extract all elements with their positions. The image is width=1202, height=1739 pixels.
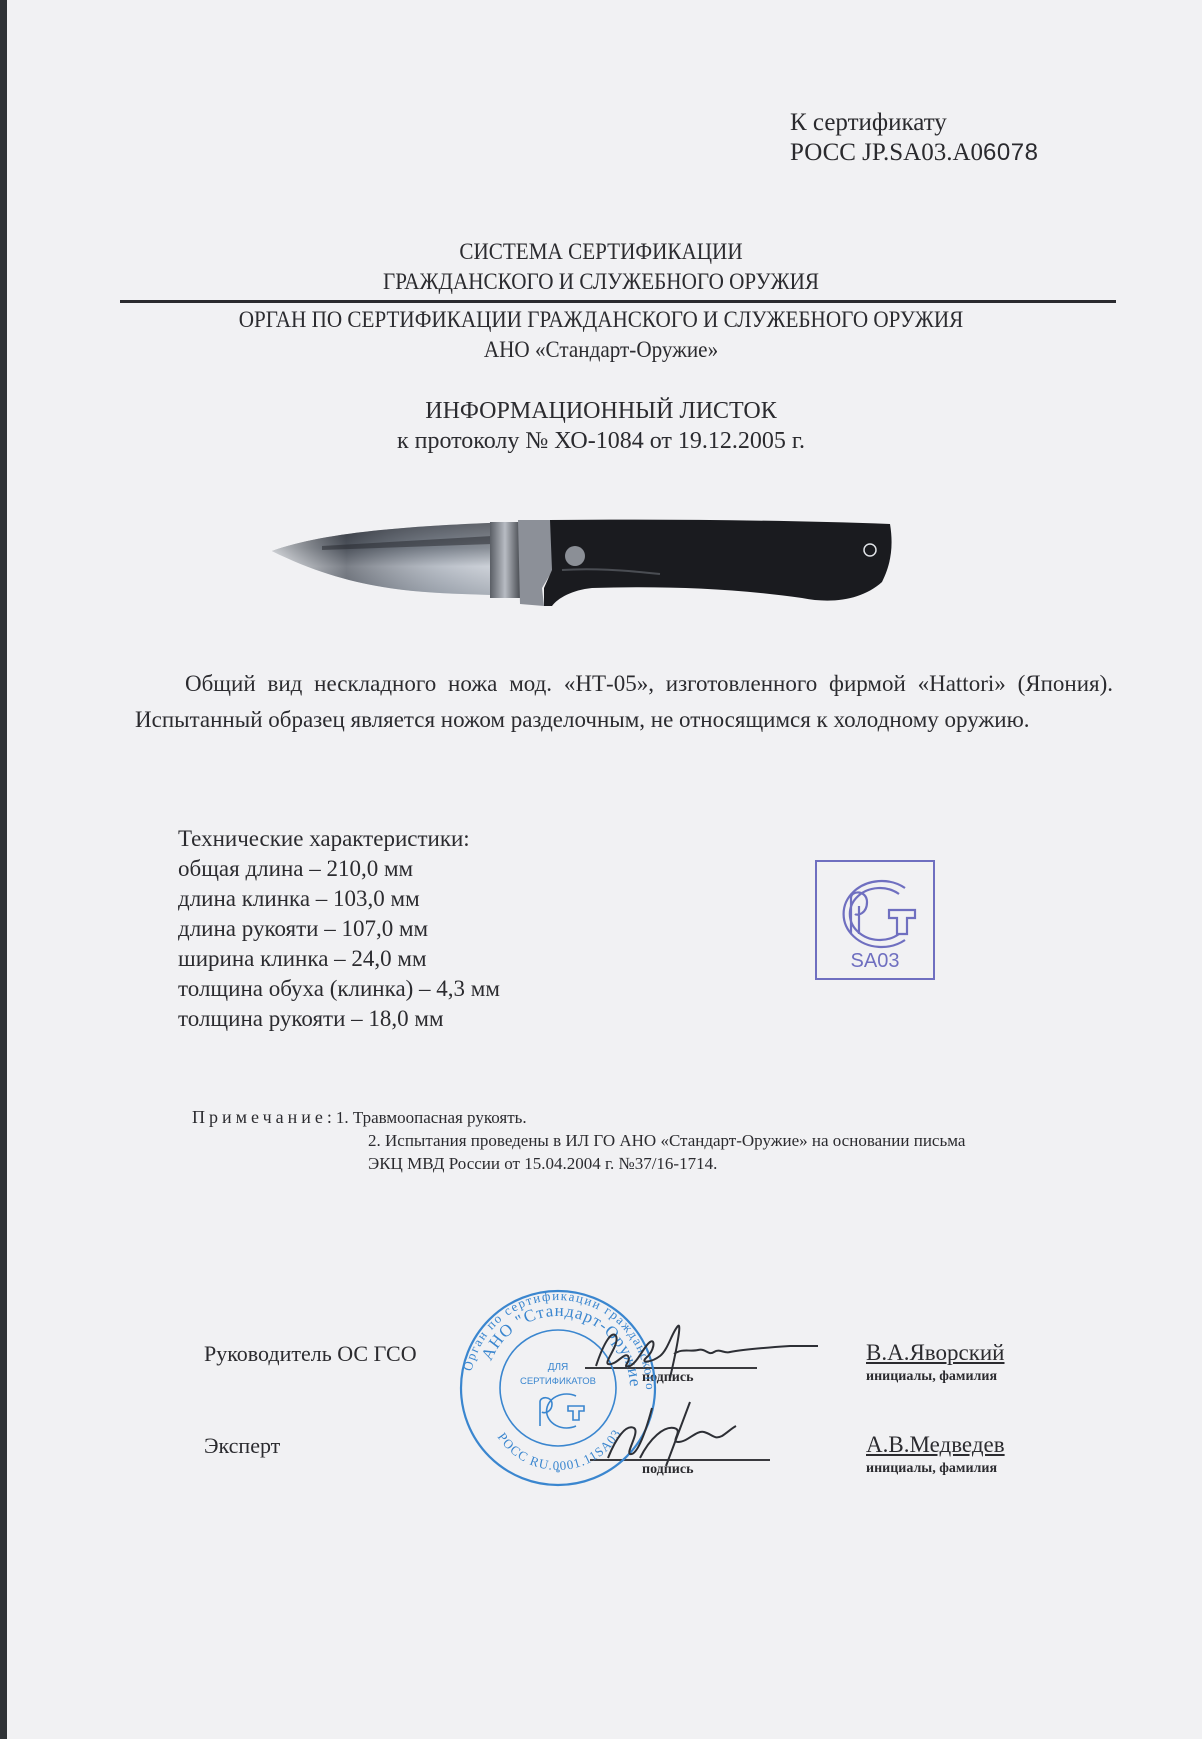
note-line-1: Примечание:1. Травмоопасная рукоять. [192, 1106, 965, 1129]
header-divider [120, 300, 1116, 303]
signer-name-head: В.А.Яворский [866, 1340, 1005, 1366]
spec-item: ширина клинка – 24,0 мм [178, 944, 500, 974]
signer-name-expert: А.В.Медведев [866, 1432, 1005, 1458]
technical-specs: Технические характеристики: общая длина … [178, 824, 500, 1034]
specs-heading: Технические характеристики: [178, 824, 500, 854]
certificate-ref-number: 6078 [983, 139, 1038, 166]
name-caption-head: инициалы, фамилия [866, 1369, 997, 1385]
system-title-line1: СИСТЕМА СЕРТИФИКАЦИИ [48, 237, 1154, 267]
note-item: 1. Травмоопасная рукоять. [336, 1108, 527, 1127]
scan-edge [0, 0, 7, 1739]
certification-mark: SA03 [815, 860, 935, 980]
name-caption-expert: инициалы, фамилия [866, 1461, 997, 1477]
note-item: ЭКЦ МВД России от 15.04.2004 г. №37/16-1… [192, 1152, 965, 1175]
note-item: 2. Испытания проведены в ИЛ ГО АНО «Стан… [192, 1129, 965, 1152]
organization-title: ОРГАН ПО СЕРТИФИКАЦИИ ГРАЖДАНСКОГО И СЛУ… [48, 305, 1154, 365]
stamp-inner-line2: СЕРТИФИКАТОВ [520, 1376, 596, 1387]
spec-item: длина клинка – 103,0 мм [178, 884, 500, 914]
signer-role-expert: Эксперт [204, 1433, 280, 1459]
spec-item: длина рукояти – 107,0 мм [178, 914, 500, 944]
description-paragraph: Общий вид нескладного ножа мод. «НТ-05»,… [135, 666, 1113, 738]
knife-photo [262, 508, 902, 618]
organization-title-line2: АНО «Стандарт-Оружие» [48, 335, 1154, 365]
certificate-reference: К сертификату РОСС JP.SA03.A06078 [790, 108, 1038, 168]
stamp-star-icon: * [556, 1468, 561, 1479]
spec-item: толщина обуха (клинка) – 4,3 мм [178, 974, 500, 1004]
stamp-rst-logo-icon [540, 1394, 584, 1428]
certificate-ref-prefix: РОСС JP.SA03.A0 [790, 139, 983, 166]
spec-item: общая длина – 210,0 мм [178, 854, 500, 884]
system-title-line2: ГРАЖДАНСКОГО И СЛУЖЕБНОГО ОРУЖИЯ [48, 267, 1154, 297]
description-text: Общий вид нескладного ножа мод. «НТ-05»,… [135, 666, 1113, 738]
organization-title-line1: ОРГАН ПО СЕРТИФИКАЦИИ ГРАЖДАНСКОГО И СЛУ… [48, 305, 1154, 335]
stamp-inner-line1: ДЛЯ [548, 1362, 569, 1373]
document-title-block: ИНФОРМАЦИОННЫЙ ЛИСТОК к протоколу № ХО-1… [0, 396, 1202, 456]
document-subtitle: к протоколу № ХО-1084 от 19.12.2005 г. [0, 426, 1202, 456]
spec-item: толщина рукояти – 18,0 мм [178, 1004, 500, 1034]
mark-code: SA03 [817, 950, 933, 973]
notes-label: Примечание: [192, 1107, 336, 1127]
signature-scrawl-expert [600, 1398, 740, 1468]
notes: Примечание:1. Травмоопасная рукоять. 2. … [192, 1106, 965, 1175]
signature-scrawl-head [590, 1322, 820, 1382]
certificate-ref-line2: РОСС JP.SA03.A06078 [790, 138, 1038, 168]
certificate-ref-line1: К сертификату [790, 108, 1038, 138]
document-title: ИНФОРМАЦИОННЫЙ ЛИСТОК [0, 396, 1202, 426]
signer-role-head: Руководитель ОС ГСО [204, 1341, 417, 1367]
system-title: СИСТЕМА СЕРТИФИКАЦИИ ГРАЖДАНСКОГО И СЛУЖ… [48, 237, 1154, 297]
